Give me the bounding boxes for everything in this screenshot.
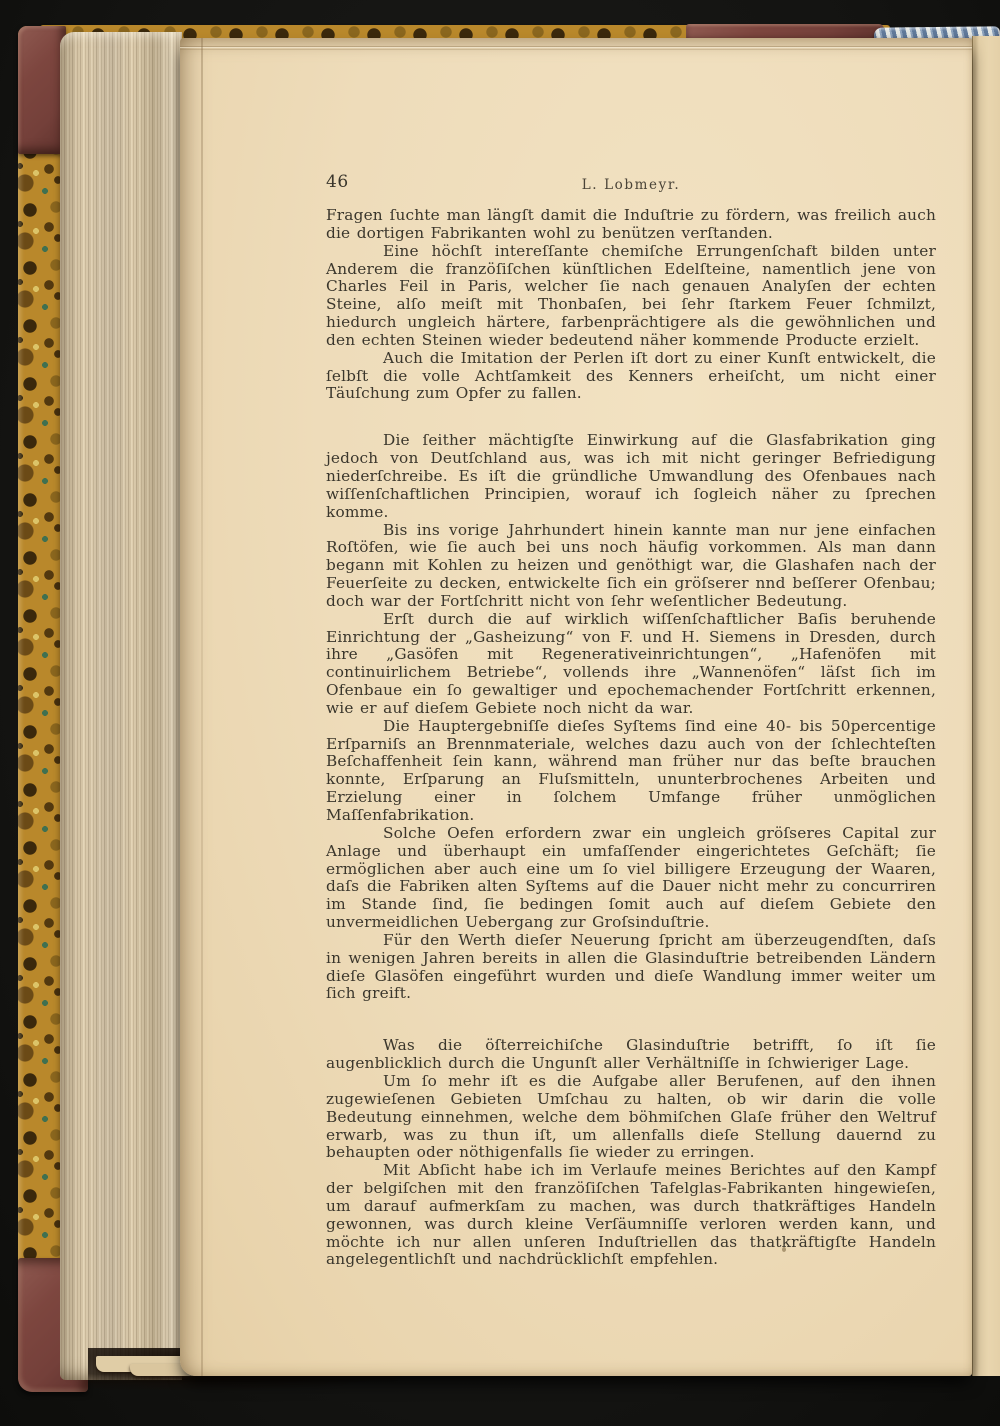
paragraph: Die ſeither mächtigſte Einwirkung auf di…	[326, 432, 936, 521]
paragraph: Eine höchſt intereſſante chemiſche Errun…	[326, 243, 936, 350]
paper-speck	[782, 1247, 786, 1252]
next-page-sliver	[972, 36, 1000, 1376]
running-header: L. Lobmeyr.	[326, 177, 936, 193]
leather-corner-top-left	[18, 26, 66, 154]
paragraph: Auch die Imitation der Perlen iſt dort z…	[326, 350, 936, 404]
paragraph: Mit Abſicht habe ich im Verlaufe meines …	[326, 1162, 936, 1269]
paragraph: Solche Oefen erfordern zwar ein ungleich…	[326, 825, 936, 932]
paragraph: Fragen ſuchte man längſt damit die Induſ…	[326, 207, 936, 243]
page-edge-stack	[60, 32, 182, 1380]
scanned-book-photo: { "page": { "number": "46", "running_tit…	[0, 0, 1000, 1426]
book-page: 46 L. Lobmeyr. Fragen ſuchte man längſt …	[180, 38, 972, 1376]
paragraph: Um ſo mehr iſt es die Aufgabe aller Beru…	[326, 1073, 936, 1162]
paragraph: Erſt durch die auf wirklich wiſſenſchaft…	[326, 611, 936, 718]
marbled-cover-edge-left	[18, 26, 64, 1386]
text-block: Fragen ſuchte man längſt damit die Induſ…	[326, 207, 936, 1269]
paragraph: Was die öſterreichiſche Glasinduſtrie be…	[326, 1037, 936, 1073]
paragraph: Für den Werth dieſer Neuerung ſpricht am…	[326, 932, 936, 1003]
paragraph: Die Hauptergebniſſe dieſes Syſtems ſind …	[326, 718, 936, 825]
paragraph: Bis ins vorige Jahrhundert hinein kannte…	[326, 522, 936, 611]
